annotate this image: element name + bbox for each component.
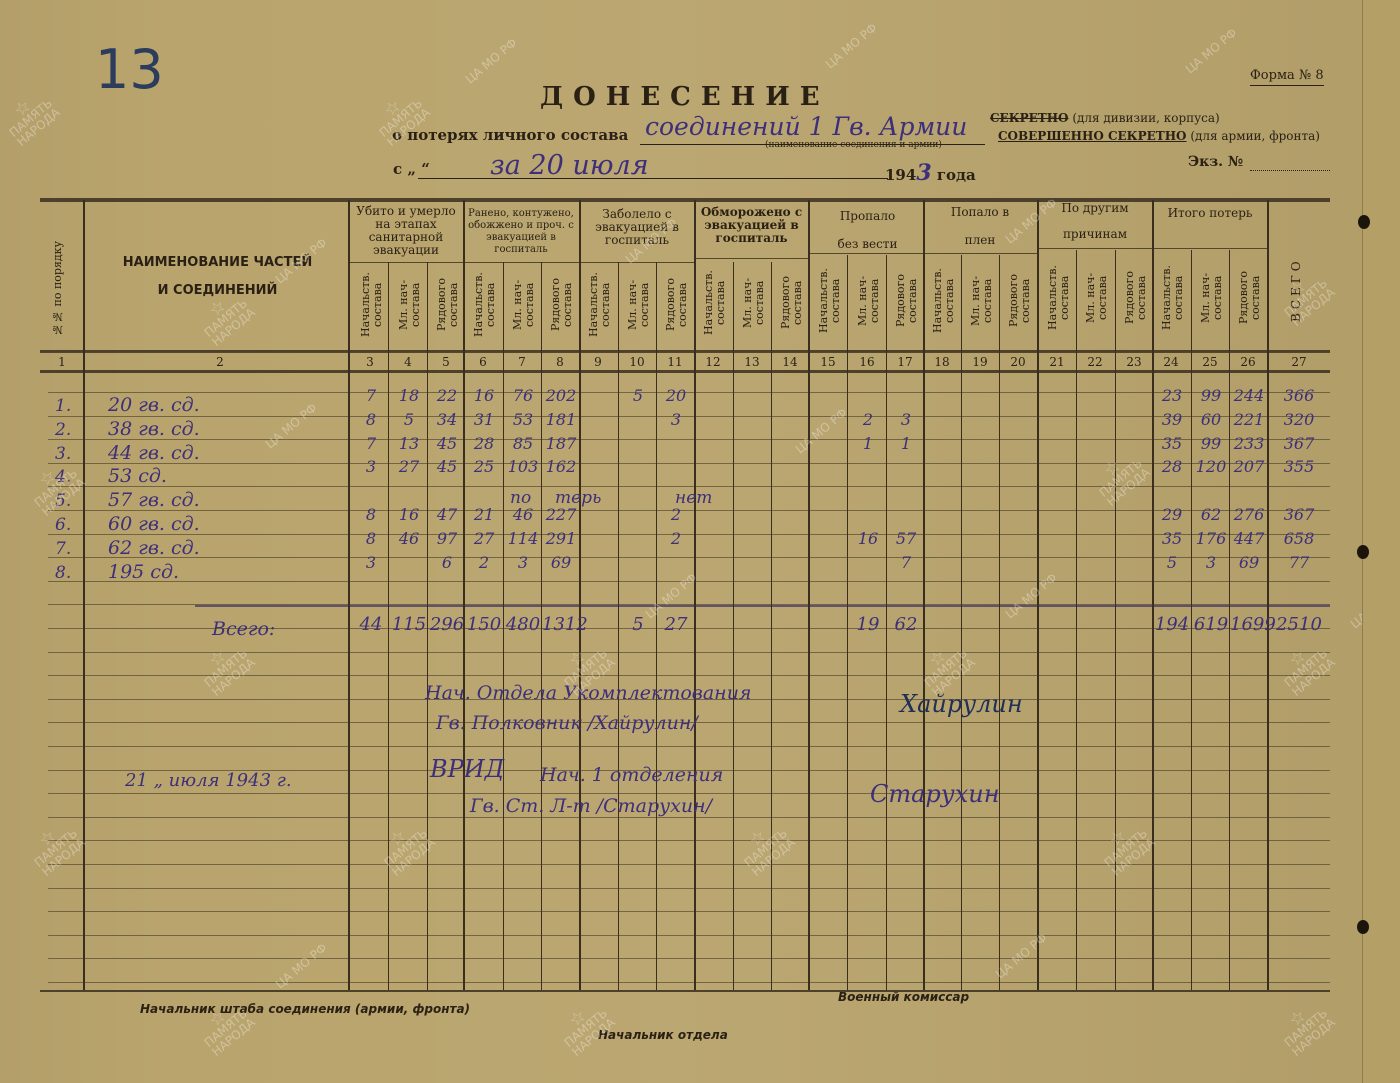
cell-c8: 202 [542, 386, 580, 405]
cell-c26: 233 [1230, 434, 1268, 453]
cell-c5: 45 [428, 434, 466, 453]
group-wounded: Ранено, контужено, обожжено и проч. с эв… [465, 208, 577, 256]
group-total: Итого потерь [1155, 207, 1265, 220]
signature-1: Хайрулин [900, 690, 1023, 718]
period-prefix: с „ “ [393, 160, 430, 178]
page-edge [1362, 0, 1400, 1083]
total-cell-c6: 150 [465, 614, 503, 635]
column-number: 4 [390, 355, 426, 369]
cell-c4: 13 [390, 434, 428, 453]
cell-c7: 3 [504, 553, 542, 572]
secrecy-struck: СЕКРЕТНО [990, 111, 1069, 125]
watermark-memory: ☆ПАМЯТЬНАРОДА [734, 818, 797, 879]
col-divider [694, 200, 696, 990]
watermark-memory: ☆ПАМЯТЬНАРОДА [1274, 998, 1337, 1059]
cell-c5: 22 [428, 386, 466, 405]
cell-c8: 162 [542, 457, 580, 476]
row-rule [48, 911, 1330, 912]
group-missing: Пропало без вести [830, 202, 905, 258]
total-separator [195, 605, 1330, 607]
watermark-memory: ☆ПАМЯТЬНАРОДА [24, 818, 87, 879]
col-divider [733, 262, 734, 990]
cell-c27: 355 [1270, 457, 1328, 476]
watermark-memory: ☆ПАМЯТЬНАРОДА [1274, 638, 1337, 699]
watermark-memory: ☆ПАМЯТЬНАРОДА [194, 638, 257, 699]
table-bottom-rule [40, 990, 1330, 992]
sub-header: Рядового состава [780, 260, 804, 345]
col-divider [579, 200, 581, 990]
row-number: 6. [55, 515, 71, 535]
cell-c26: 276 [1230, 505, 1268, 524]
column-number: 5 [428, 355, 464, 369]
signature-rank-2: Гв. Ст. Л-т /Старухин/ [470, 795, 712, 817]
col-divider [923, 200, 925, 990]
sub-header: Мл. нач-состава [398, 264, 422, 345]
cell-c24: 35 [1153, 434, 1191, 453]
cell-c5: 34 [428, 410, 466, 429]
group-other: По другим причинам [1055, 195, 1135, 247]
total-cell-c27: 2510 [1270, 614, 1328, 635]
column-number: 15 [810, 355, 846, 369]
cell-c5: 47 [428, 505, 466, 524]
sub-header: Мл. нач-состава [512, 264, 536, 345]
watermark-memory: ☆ПАМЯТЬНАРОДА [1274, 268, 1337, 329]
row-number: 1. [55, 396, 71, 416]
sub-header: Начальств. состава [932, 256, 956, 345]
cell-c7: 85 [504, 434, 542, 453]
cell-c7: 76 [504, 386, 542, 405]
cell-c24: 29 [1153, 505, 1191, 524]
sub-header: Мл. нач-состава [627, 264, 651, 345]
cell-c3: 8 [352, 410, 390, 429]
unit-hint: (наименование соединения и армии) [765, 140, 942, 150]
signature-2: Старухин [870, 780, 1000, 808]
cell-c17: 3 [887, 410, 925, 429]
cell-c27: 366 [1270, 386, 1328, 405]
cell-c25: 99 [1192, 386, 1230, 405]
row-rule [48, 982, 1330, 983]
row5-note-2: терь [555, 488, 601, 508]
sub-header: Рядового состава [1124, 251, 1148, 345]
col-divider [808, 200, 810, 990]
cell-c26: 207 [1230, 457, 1268, 476]
row-number: 8. [55, 563, 71, 583]
row-unit-name: 195 сд. [108, 561, 179, 583]
cell-c6: 16 [465, 386, 503, 405]
col-divider [1152, 200, 1154, 990]
column-number: 14 [772, 355, 808, 369]
cell-c24: 35 [1153, 529, 1191, 548]
cell-c6: 21 [465, 505, 503, 524]
sub-header: Начальств. состава [703, 260, 727, 345]
cell-c16: 16 [849, 529, 887, 548]
column-number: 23 [1116, 355, 1152, 369]
sub-header: Рядового состава [1238, 251, 1262, 345]
sub-header: Начальств. состава [360, 264, 384, 345]
watermark-archive: ЦА МО РФ [263, 401, 319, 450]
subtitle-prefix: о потерях личного состава [392, 126, 628, 144]
cell-c11: 2 [657, 529, 695, 548]
column-number: 19 [962, 355, 998, 369]
cell-c4: 16 [390, 505, 428, 524]
total-cell-c24: 194 [1153, 614, 1191, 635]
cell-c16: 2 [849, 410, 887, 429]
cell-c7: 53 [504, 410, 542, 429]
total-cell-c3: 44 [352, 614, 390, 635]
row-rule [48, 958, 1330, 959]
cell-c27: 320 [1270, 410, 1328, 429]
column-numbers-rule [40, 370, 1330, 373]
row-rule [48, 888, 1330, 889]
cell-c27: 367 [1270, 505, 1328, 524]
year-suffix: года [932, 166, 976, 184]
cell-c25: 60 [1192, 410, 1230, 429]
cell-c27: 658 [1270, 529, 1328, 548]
sub-header: Рядового состава [895, 256, 919, 345]
total-cell-c7: 480 [504, 614, 542, 635]
total-cell-c17: 62 [887, 614, 925, 635]
watermark-archive: ЦА МО РФ [993, 931, 1049, 980]
column-number: 20 [1000, 355, 1036, 369]
column-number: 12 [695, 355, 731, 369]
total-cell-c11: 27 [657, 614, 695, 635]
document-sheet: 13 Форма № 8 ДОНЕСЕНИЕ о потерях личного… [0, 0, 1362, 1083]
footer-dept-head: Начальник отдела [598, 1028, 728, 1042]
row-unit-name: 44 гв. сд. [108, 442, 200, 464]
cell-c24: 5 [1153, 553, 1191, 572]
row5-note-3: нет [675, 488, 712, 508]
row-unit-name: 38 гв. сд. [108, 418, 200, 440]
column-number: 2 [210, 355, 230, 369]
sub-header: Мл. нач-состава [742, 260, 766, 345]
row-rule [48, 557, 1330, 558]
form-label: Форма № 8 [1250, 68, 1324, 86]
total-cell-c5: 296 [428, 614, 466, 635]
sub-header: Рядового состава [665, 264, 689, 345]
column-number: 21 [1039, 355, 1075, 369]
group-killed: Убито и умерло на этапах санитарной эвак… [350, 205, 462, 257]
column-number: 24 [1153, 355, 1189, 369]
group-header-rule [694, 258, 808, 259]
cell-c3: 7 [352, 386, 390, 405]
column-number: 18 [924, 355, 960, 369]
watermark-archive: ЦА МО РФ [273, 941, 329, 990]
period-underline [418, 178, 888, 179]
sub-header: Начальств. состава [473, 264, 497, 345]
column-number: 7 [504, 355, 540, 369]
cell-c8: 181 [542, 410, 580, 429]
column-number: 22 [1077, 355, 1113, 369]
row-rule [48, 793, 1330, 794]
row-unit-name: 53 сд. [108, 465, 167, 487]
header-row-number: №№ по порядку [52, 228, 64, 348]
cell-c24: 23 [1153, 386, 1191, 405]
cell-c25: 120 [1192, 457, 1230, 476]
total-cell-c25: 619 [1192, 614, 1230, 635]
table-top-rule [40, 198, 1330, 202]
cell-c4: 5 [390, 410, 428, 429]
cell-c8: 69 [542, 553, 580, 572]
row-rule [48, 864, 1330, 865]
column-number: 27 [1270, 355, 1328, 369]
column-number: 6 [465, 355, 501, 369]
row5-note-1: по [510, 488, 531, 508]
col-divider [348, 200, 350, 990]
cell-c3: 8 [352, 505, 390, 524]
cell-c25: 176 [1192, 529, 1230, 548]
period-handwritten: за 20 июля [490, 150, 649, 181]
cell-c3: 8 [352, 529, 390, 548]
year-handwritten: 3 [916, 160, 931, 186]
signature-rank-1: Гв. Полковник /Хайрулин/ [436, 712, 698, 734]
col-divider [1267, 200, 1269, 990]
cell-c10: 5 [619, 386, 657, 405]
cell-c25: 3 [1192, 553, 1230, 572]
sub-header: Мл. нач-состава [1085, 251, 1109, 345]
cell-c11: 3 [657, 410, 695, 429]
cell-c4: 18 [390, 386, 428, 405]
cell-c5: 45 [428, 457, 466, 476]
cell-c5: 6 [428, 553, 466, 572]
copy-underline [1250, 170, 1330, 171]
secrecy-main: СОВЕРШЕННО СЕКРЕТНО [998, 129, 1187, 143]
row-rule [48, 935, 1330, 936]
sub-header: Начальств. состава [818, 256, 842, 345]
col-divider [83, 200, 85, 990]
sub-header: Начальств. состава [1161, 251, 1185, 345]
binding-hole [1357, 920, 1369, 934]
row-rule [48, 439, 1330, 440]
watermark-archive: ЦА МО РФ [1003, 571, 1059, 620]
colnum-top-rule [40, 352, 1330, 353]
cell-c26: 244 [1230, 386, 1268, 405]
cell-c24: 28 [1153, 457, 1191, 476]
group-header-rule [1037, 248, 1267, 249]
cell-c26: 69 [1230, 553, 1268, 572]
total-cell-c26: 1699 [1230, 614, 1268, 635]
footer-chief-of-staff: Начальник штаба соединения (армии, фронт… [140, 1002, 470, 1016]
column-number: 11 [657, 355, 693, 369]
signature-title-2: Нач. 1 отделения [540, 764, 723, 786]
cell-c5: 97 [428, 529, 466, 548]
year-prefix: 194 [885, 166, 916, 184]
column-number: 26 [1230, 355, 1266, 369]
total-cell-c16: 19 [849, 614, 887, 635]
watermark-archive: ЦА МО РФ [823, 21, 879, 70]
cell-c26: 221 [1230, 410, 1268, 429]
sub-header: Мл. нач-состава [1200, 251, 1224, 345]
binding-hole [1358, 215, 1370, 229]
cell-c11: 20 [657, 386, 695, 405]
watermark-archive: ЦА МО РФ [793, 406, 849, 455]
sub-header: Рядового состава [1008, 256, 1032, 345]
row-unit-name: 20 гв. сд. [108, 394, 200, 416]
row-rule [48, 746, 1330, 747]
sub-header: Рядового состава [550, 264, 574, 345]
watermark-memory: ☆ПАМЯТЬНАРОДА [0, 88, 62, 149]
cell-c27: 77 [1270, 553, 1328, 572]
cell-c8: 291 [542, 529, 580, 548]
cell-c6: 31 [465, 410, 503, 429]
cell-c16: 1 [849, 434, 887, 453]
column-number: 13 [734, 355, 770, 369]
group-header-rule [348, 262, 694, 263]
watermark-archive: ЦА МО РФ [1183, 26, 1239, 75]
cell-c6: 28 [465, 434, 503, 453]
col-divider [463, 200, 465, 990]
column-number: 9 [580, 355, 616, 369]
footer-commissar: Военный комиссар [838, 990, 969, 1004]
watermark-memory: ☆ПАМЯТЬНАРОДА [1094, 818, 1157, 879]
sub-header: Мл. нач-состава [970, 256, 994, 345]
year-field: 1943 года [885, 160, 976, 186]
cell-c7: 103 [504, 457, 542, 476]
row-rule [48, 604, 1330, 605]
cell-c8: 187 [542, 434, 580, 453]
watermark-memory: ☆ПАМЯТЬНАРОДА [1089, 448, 1152, 509]
row-unit-name: 60 гв. сд. [108, 513, 200, 535]
secrecy-line-2: СОВЕРШЕННО СЕКРЕТНО (для армии, фронта) [998, 129, 1320, 143]
cell-c3: 7 [352, 434, 390, 453]
cell-c3: 3 [352, 553, 390, 572]
total-cell-c8: 1312 [542, 614, 580, 635]
cell-c3: 3 [352, 457, 390, 476]
total-label: Всего: [212, 618, 275, 640]
cell-c7: 114 [504, 529, 542, 548]
cell-c24: 39 [1153, 410, 1191, 429]
cell-c4: 27 [390, 457, 428, 476]
group-frostbite: Обморожено с эвакуацией в госпиталь [696, 206, 807, 245]
column-number: 17 [887, 355, 923, 369]
cell-c17: 7 [887, 553, 925, 572]
sub-header: Рядового состава [436, 264, 460, 345]
binding-hole [1357, 545, 1369, 559]
watermark-archive: ЦА МО РФ [463, 36, 519, 85]
watermark-memory: ☆ПАМЯТЬНАРОДА [554, 998, 617, 1059]
column-number: 25 [1192, 355, 1228, 369]
cell-c26: 447 [1230, 529, 1268, 548]
report-date: 21 „ июля 1943 г. [125, 770, 292, 791]
cell-c25: 99 [1192, 434, 1230, 453]
cell-c17: 1 [887, 434, 925, 453]
cell-c27: 367 [1270, 434, 1328, 453]
cell-c4: 46 [390, 529, 428, 548]
row-number: 7. [55, 539, 71, 559]
sub-header: Начальств. состава [1047, 251, 1071, 345]
column-number: 1 [42, 355, 82, 369]
column-number: 3 [352, 355, 388, 369]
secrecy-line-2-rest: (для армии, фронта) [1187, 129, 1320, 143]
group-captured: Попало в плен [944, 198, 1016, 254]
cell-c6: 2 [465, 553, 503, 572]
sub-header: Начальств. состава [588, 264, 612, 345]
copy-label: Экз. № [1188, 154, 1243, 170]
column-number: 8 [542, 355, 578, 369]
cell-c6: 27 [465, 529, 503, 548]
cell-c25: 62 [1192, 505, 1230, 524]
sub-header: Мл. нач-состава [857, 256, 881, 345]
secrecy-line-1: СЕКРЕТНО (для дивизии, корпуса) [990, 111, 1220, 125]
cell-c6: 25 [465, 457, 503, 476]
row-unit-name: 57 гв. сд. [108, 489, 200, 511]
secrecy-line-1-rest: (для дивизии, корпуса) [1069, 111, 1220, 125]
signature-vrid: ВРИД [430, 755, 504, 783]
row-unit-name: 62 гв. сд. [108, 537, 200, 559]
col-divider [771, 262, 772, 990]
col-divider [847, 255, 848, 990]
cell-c17: 57 [887, 529, 925, 548]
column-number: 10 [619, 355, 655, 369]
total-cell-c4: 115 [390, 614, 428, 635]
sheet-number: 13 [95, 38, 164, 101]
unit-handwritten: соединений 1 Гв. Армии [645, 112, 967, 141]
row-number: 2. [55, 420, 71, 440]
row-rule [48, 817, 1330, 818]
document-title: ДОНЕСЕНИЕ [540, 82, 830, 112]
column-number: 16 [849, 355, 885, 369]
